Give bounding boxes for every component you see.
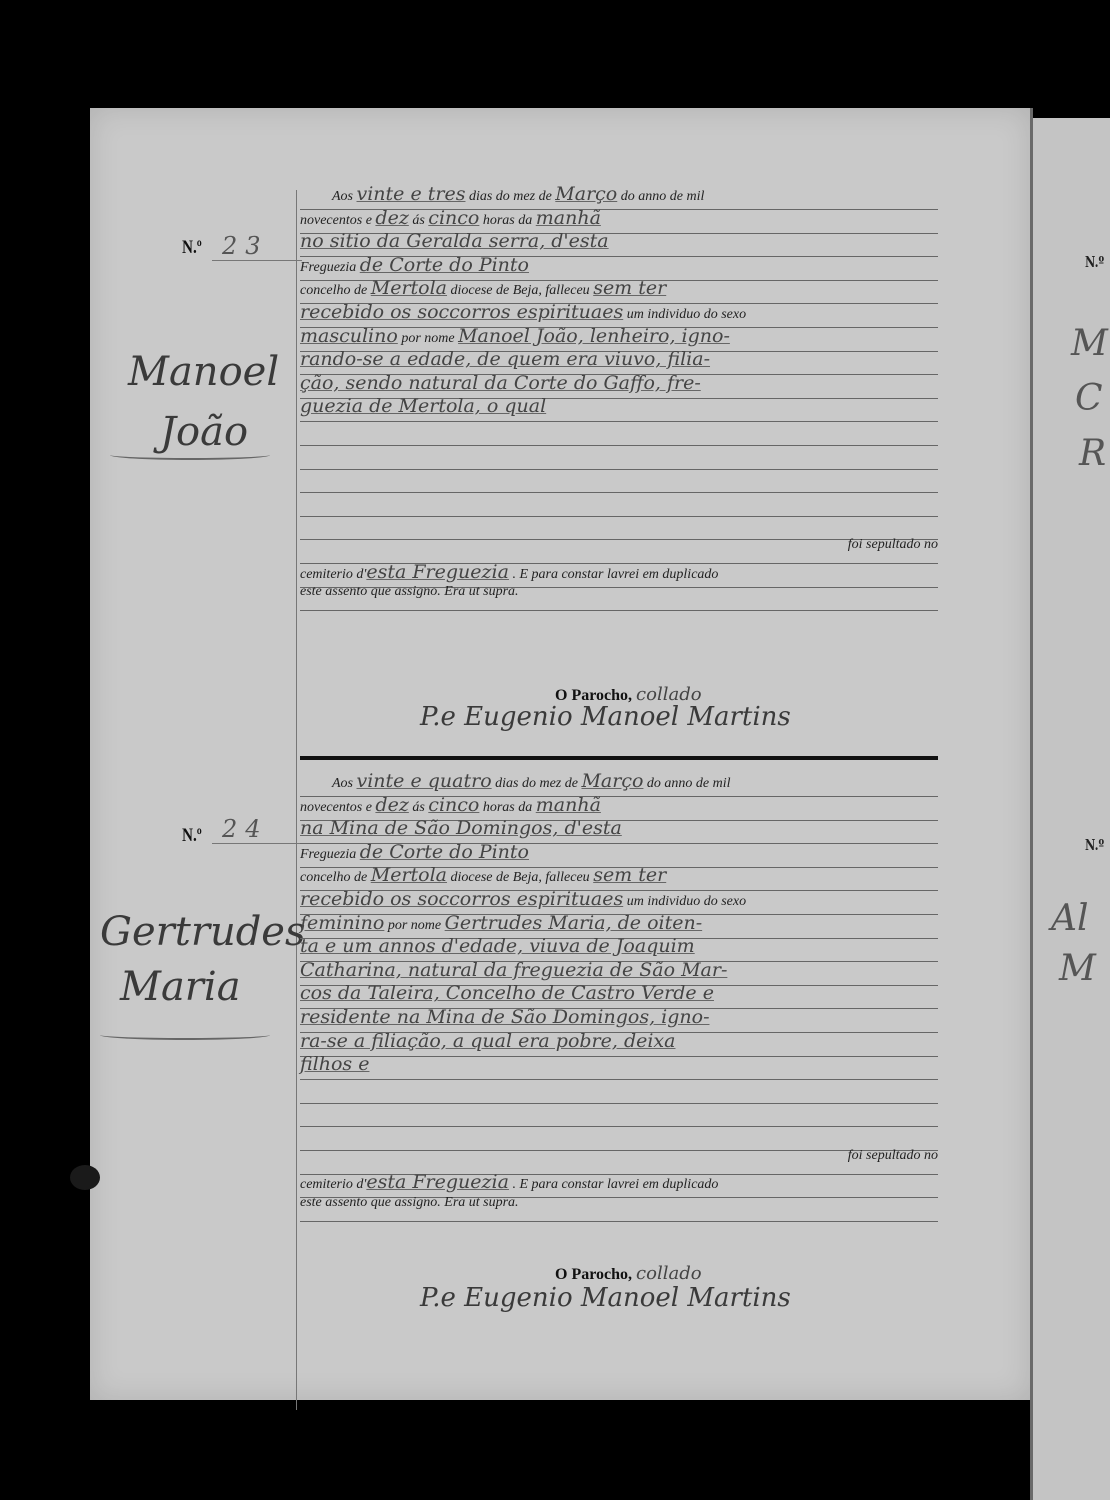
adjacent-margin-fragment: C: [1075, 378, 1103, 419]
printed-text: concelho de: [300, 283, 371, 298]
printed-text: Freguezia: [300, 260, 360, 275]
handwritten-entry: cos da Taleira, Concelho de Castro Verde…: [300, 982, 714, 1004]
handwritten-entry: dez: [375, 794, 408, 816]
printed-text: . E para constar lavrei em duplicado: [509, 1177, 718, 1192]
handwritten-entry: cinco: [428, 207, 479, 229]
handwritten-entry: sem ter: [593, 277, 666, 299]
signature-title: O Parocho, collado: [555, 1263, 702, 1284]
handwritten-entry: sem ter: [593, 864, 666, 886]
printed-text: . E para constar lavrei em duplicado: [509, 567, 718, 582]
handwritten-entry: de Corte do Pinto: [360, 254, 529, 276]
margin-flourish: [100, 1030, 270, 1040]
handwritten-entry: ção, sendo natural da Corte do Gaffo, fr…: [300, 372, 701, 394]
margin-name-second: Maria: [120, 960, 241, 1014]
handwritten-entry: vinte e tres: [357, 183, 466, 205]
printed-text: horas da: [479, 213, 535, 228]
adjacent-margin-fragment: Al: [1051, 898, 1089, 939]
handwritten-entry: residente na Mina de São Domingos, igno-: [300, 1006, 710, 1028]
entry-number: 23: [212, 232, 302, 261]
printed-text: concelho de: [300, 870, 371, 885]
handwritten-entry: Catharina, natural da freguezia de São M…: [300, 959, 727, 981]
handwritten-entry: de Corte do Pinto: [360, 841, 529, 863]
printed-text: Aos: [332, 189, 357, 204]
handwritten-entry: masculino: [300, 325, 398, 347]
handwritten-entry: Março: [555, 183, 617, 205]
binding-thread: [70, 1165, 100, 1190]
handwritten-entry: ra-se a filiação, a qual era pobre, deix…: [300, 1030, 675, 1052]
printed-text: ás: [409, 213, 428, 228]
printed-text: diocese de Beja, falleceu: [447, 283, 593, 298]
parish-priest-signature: P.e Eugenio Manoel Martins: [420, 1283, 791, 1313]
printed-text: novecentos e: [300, 800, 375, 815]
handwritten-entry: Gertrudes Maria, de oiten-: [445, 912, 703, 934]
handwritten-entry: guezia de Mertola, o qual: [300, 395, 546, 417]
printed-text: Freguezia: [300, 847, 360, 862]
adjacent-entry-number-label: N.º: [1085, 253, 1104, 271]
entry-number-label: N.º: [182, 237, 202, 259]
printed-text: novecentos e: [300, 213, 375, 228]
handwritten-entry: Manoel João, lenheiro, igno-: [458, 325, 730, 347]
printed-text: dias do mez de: [492, 776, 582, 791]
handwritten-entry: na Mina de São Domingos, d'esta: [300, 817, 622, 839]
printed-text: diocese de Beja, falleceu: [447, 870, 593, 885]
margin-rule: [296, 190, 297, 1410]
margin-name-first: Manoel: [128, 345, 279, 399]
handwritten-entry: manhã: [536, 207, 601, 229]
handwritten-entry: feminino: [300, 912, 384, 934]
handwritten-entry: Mertola: [371, 277, 447, 299]
printed-text: foi sepultado no: [848, 1148, 938, 1164]
printed-text: este assento que assigno. Era ut supra.: [300, 584, 519, 599]
handwritten-entry: Março: [581, 770, 643, 792]
handwritten-entry: vinte e quatro: [357, 770, 492, 792]
handwritten-entry: esta Freguezia: [366, 1171, 509, 1193]
handwritten-entry: recebido os soccorros espirituaes: [300, 888, 623, 910]
printed-text: horas da: [479, 800, 535, 815]
printed-text: por nome: [384, 918, 444, 933]
handwritten-entry: filhos e: [300, 1053, 369, 1075]
adjacent-page: N.º M C R N.º Al M: [1033, 118, 1110, 1500]
handwritten-entry: ta e um annos d'edade, viuva de Joaquim: [300, 935, 695, 957]
printed-text: cemiterio d': [300, 567, 366, 582]
handwritten-entry: esta Freguezia: [366, 561, 509, 583]
printed-text: um individuo do sexo: [623, 894, 746, 909]
handwritten-entry: Mertola: [371, 864, 447, 886]
adjacent-margin-fragment: R: [1079, 433, 1106, 474]
printed-text: este assento que assigno. Era ut supra.: [300, 1195, 519, 1210]
adjacent-margin-fragment: M: [1059, 948, 1096, 989]
adjacent-entry-number-label: N.º: [1085, 836, 1104, 854]
adjacent-margin-fragment: M: [1071, 323, 1108, 364]
handwritten-entry: manhã: [536, 794, 601, 816]
printed-text: do anno de mil: [643, 776, 730, 791]
handwritten-entry: rando-se a edade, de quem era viuvo, fil…: [300, 348, 710, 370]
entry-number: 24: [212, 815, 302, 844]
printed-text: dias do mez de: [465, 189, 555, 204]
handwritten-entry: dez: [375, 207, 408, 229]
printed-text: por nome: [398, 331, 458, 346]
handwritten-entry: no sitio da Geralda serra, d'esta: [300, 230, 609, 252]
signature-note: collado: [636, 1263, 702, 1284]
parish-priest-signature: P.e Eugenio Manoel Martins: [420, 702, 791, 732]
printed-text: do anno de mil: [617, 189, 704, 204]
ruled-line: este assento que assigno. Era ut supra.: [300, 584, 938, 611]
printed-text: foi sepultado no: [848, 537, 938, 553]
handwritten-entry: cinco: [428, 794, 479, 816]
margin-name-first: Gertrudes: [100, 905, 306, 959]
ruled-line: este assento que assigno. Era ut supra.: [300, 1195, 938, 1222]
printed-text: Aos: [332, 776, 357, 791]
printed-text: ás: [409, 800, 428, 815]
entry-number-label: N.º: [182, 825, 202, 847]
handwritten-entry: recebido os soccorros espirituaes: [300, 301, 623, 323]
entry-separator: [300, 756, 938, 760]
margin-flourish: [110, 450, 270, 460]
printed-text: um individuo do sexo: [623, 307, 746, 322]
printed-text: cemiterio d': [300, 1177, 366, 1192]
